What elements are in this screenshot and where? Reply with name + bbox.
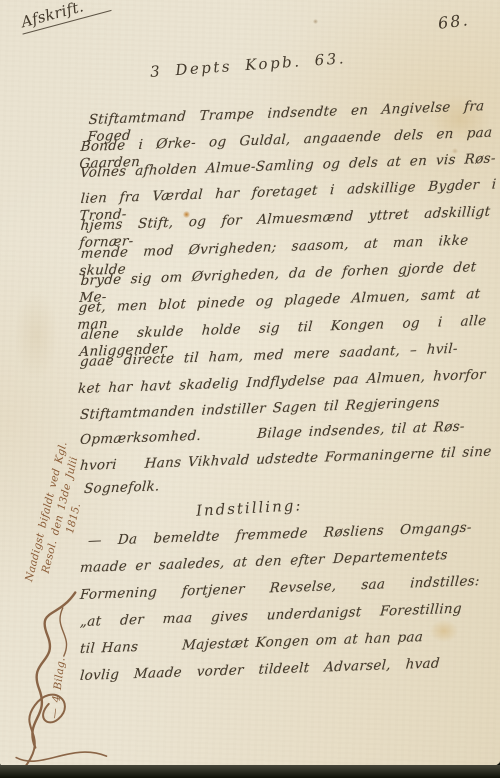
line-segment: Hans Vikhvald udstedte Formaningerne til… [144, 444, 492, 473]
manuscript-line: ket har havt skadelig Indflydelse paa Al… [77, 367, 486, 398]
manuscript-line: Formening fortjener Revselse, saa indsti… [79, 573, 480, 604]
manuscript-line: „at der maa gives underdanigst Forestill… [79, 601, 462, 631]
line-segment: Opmærksomhed. [79, 428, 201, 449]
manuscript-line: Opmærksomhed.Bilage indsendes, til at Rø… [79, 419, 465, 449]
manuscript-line: lovlig Maade vorder tildeelt Advarsel, h… [79, 655, 440, 685]
journal-heading: 3 Depts Kopb. 63. [148, 49, 349, 81]
scan-edge [0, 765, 500, 778]
line-segment: Bilage indsendes, til at Røs- [257, 419, 466, 443]
manuscript-line: til HansMajestæt Kongen om at han paa [79, 629, 423, 658]
manuscript-line: hvoriHans Vikhvald udstedte Formaningern… [79, 444, 492, 475]
page-number: 68. [437, 10, 471, 33]
manuscript-line: maade er saaledes, at den efter Departem… [79, 547, 448, 577]
signature-flourish-icon [0, 580, 121, 776]
paper-stain [313, 19, 318, 24]
manuscript-line: Stiftamtmanden indstiller Sagen til Regj… [79, 394, 440, 424]
paper-stain [14, 290, 58, 380]
manuscript-line: Sognefolk. [83, 478, 160, 498]
section-heading: Indstilling: [196, 496, 303, 520]
line-segment: Majestæt Kongen om at han paa [182, 629, 424, 654]
copy-label: Afskrift. [17, 0, 111, 35]
manuscript-line: — Da bemeldte fremmede Røsliens Omgangs- [87, 520, 472, 550]
manuscript-page: Afskrift. 68. 3 Depts Kopb. 63. Stiftamt… [0, 0, 500, 767]
paper-stain [430, 620, 458, 642]
scanned-document: Afskrift. 68. 3 Depts Kopb. 63. Stiftamt… [0, 0, 500, 778]
